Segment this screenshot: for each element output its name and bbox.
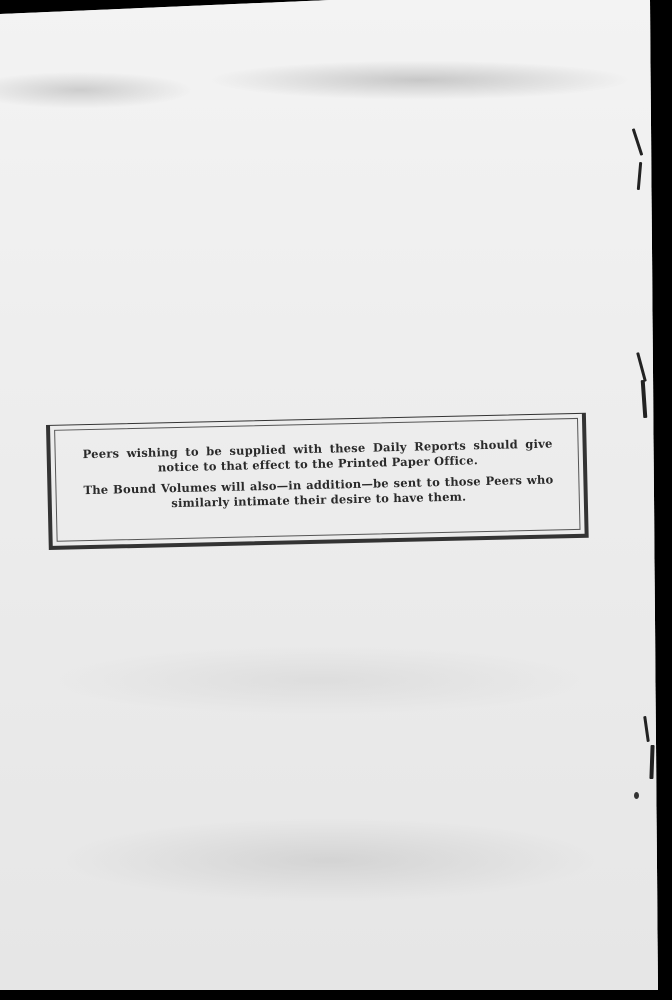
notice-paragraph-daily-reports: Peers wishing to be supplied with these …	[83, 437, 554, 478]
ink-spot	[634, 792, 639, 799]
notice-text: Peers wishing to be supplied with these …	[83, 437, 555, 520]
notice-paragraph-bound-volumes: The Bound Volumes will also—in addition—…	[83, 473, 554, 514]
notice-box: Peers wishing to be supplied with these …	[46, 413, 589, 550]
scanned-page: Peers wishing to be supplied with these …	[0, 0, 658, 990]
